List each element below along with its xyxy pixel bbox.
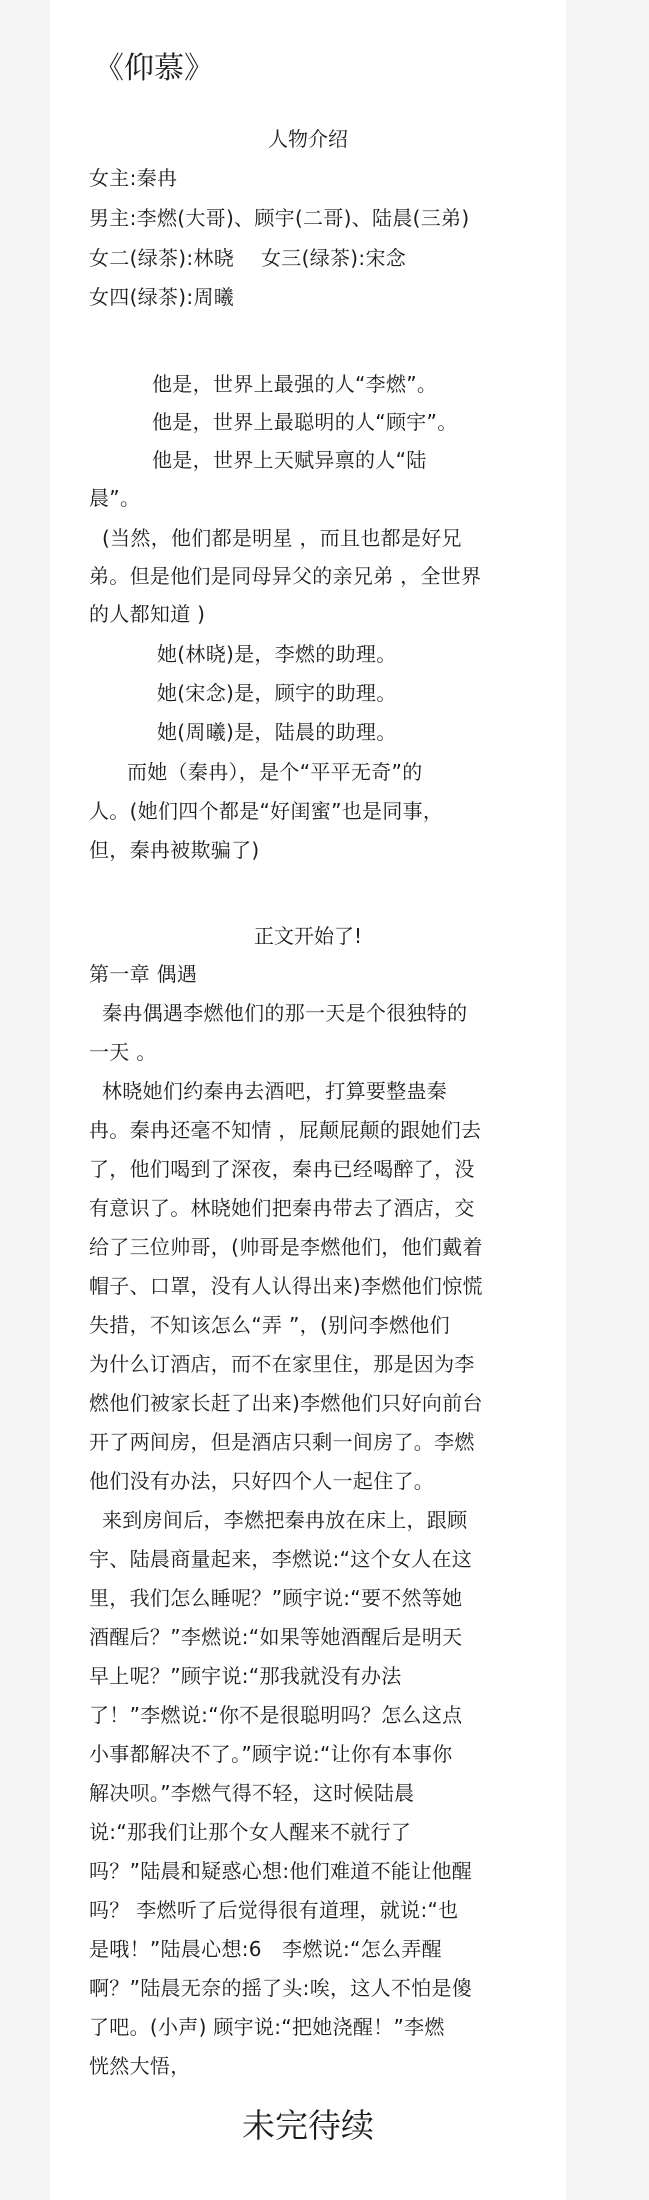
chapter-line: 燃他们被家长赶了出来)李燃他们只好向前台 (89, 1391, 483, 1415)
intro-line: 他是，世界上最聪明的人“顾宇”。 (152, 410, 458, 434)
intro-line: 他是，世界上最强的人“李燃”。 (152, 372, 437, 396)
to-be-continued: 未完待续 (50, 2106, 566, 2146)
chapter-line: 是哦！”陆晨心想:6 李燃说:“怎么弄醒 (89, 1937, 442, 1961)
chapter-line: 宇、陆晨商量起来，李燃说:“这个女人在这 (89, 1547, 472, 1571)
cast-line: 女四(绿茶):周曦 (89, 285, 234, 309)
intro-line: 她(周曦)是，陆晨的助理。 (157, 720, 397, 744)
intro-line: 人。(她们四个都是“好闺蜜”也是同事， (89, 799, 443, 823)
chapter-line: 恍然大悟， (89, 2054, 191, 2078)
intro-line: 但，秦冉被欺骗了) (89, 838, 260, 862)
chapter-line: 给了三位帅哥，(帅哥是李燃他们，他们戴着 (89, 1235, 483, 1259)
chapter-line: 一天 。 (89, 1040, 157, 1064)
document-page: 《仰慕》 人物介绍 女主:秦冉 男主:李燃(大哥)、顾宇(二哥)、陆晨(三弟) … (50, 0, 566, 2200)
chapter-line: 酒醒后？”李燃说:“如果等她酒醒后是明天 (89, 1625, 462, 1649)
chapter-line: 说:“那我们让那个女人醒来不就行了 (89, 1820, 411, 1844)
chapter-line: 林晓她们约秦冉去酒吧，打算要整蛊秦 (102, 1079, 447, 1103)
chapter-line: 为什么订酒店，而不在家里住，那是因为李 (89, 1352, 475, 1376)
chapter-line: 来到房间后，李燃把秦冉放在床上，跟顾 (102, 1508, 467, 1532)
chapter-line: 了，他们喝到了深夜，秦冉已经喝醉了，没 (89, 1157, 475, 1181)
chapter-line: 解决呗。”李燃气得不轻，这时候陆晨 (89, 1781, 414, 1805)
chapter-line: 吗？”陆晨和疑惑心想:他们难道不能让他醒 (89, 1859, 472, 1883)
chapter-line: 小事都解决不了。”顾宇说:“让你有本事你 (89, 1742, 452, 1766)
intro-line: 他是，世界上天赋异禀的人“陆 (152, 448, 427, 472)
chapter-line: 秦冉偶遇李燃他们的那一天是个很独特的 (102, 1001, 467, 1025)
chapter-line: 冉。秦冉还毫不知情 ，屁颠屁颠的跟她们去 (89, 1118, 481, 1142)
main-text-heading: 正文开始了! (50, 924, 566, 948)
intro-line: 晨”。 (89, 486, 140, 510)
intro-line: 她(林晓)是，李燃的助理。 (157, 642, 397, 666)
chapter-line: 开了两间房，但是酒店只剩一间房了。李燃 (89, 1430, 475, 1454)
intro-line: (当然，他们都是明星 ，而且也都是好兄 (102, 526, 462, 550)
cast-line: 女二(绿茶):林晓 女三(绿茶):宋念 (89, 246, 406, 270)
cast-line: 男主:李燃(大哥)、顾宇(二哥)、陆晨(三弟) (89, 206, 469, 230)
chapter-line: 早上呢？”顾宇说:“那我就没有办法 (89, 1664, 402, 1688)
chapter-line: 失措，不知该怎么“弄 ”，(别问李燃他们 (89, 1313, 450, 1337)
chapter-line: 啊？”陆晨无奈的摇了头:唉，这人不怕是傻 (89, 1976, 472, 2000)
cast-heading: 人物介绍 (50, 127, 566, 151)
chapter-line: 吗？ 李燃听了后觉得很有道理，就说:“也 (89, 1898, 458, 1922)
intro-line: 她(宋念)是，顾宇的助理。 (157, 681, 397, 705)
chapter-title: 第一章 偶遇 (89, 962, 197, 986)
intro-line: 的人都知道 ) (89, 602, 205, 626)
document-title: 《仰慕》 (94, 50, 214, 88)
chapter-line: 帽子、口罩，没有人认得出来)李燃他们惊慌 (89, 1274, 483, 1298)
chapter-line: 了吧。(小声) 顾宇说:“把她浇醒！”李燃 (89, 2015, 445, 2039)
intro-line: 弟。但是他们是同母异父的亲兄弟 ，全世界 (89, 564, 481, 588)
chapter-line: 里，我们怎么睡呢？”顾宇说:“要不然等她 (89, 1586, 462, 1610)
cast-line: 女主:秦冉 (89, 166, 177, 190)
chapter-line: 了！”李燃说:“你不是很聪明吗？怎么这点 (89, 1703, 462, 1727)
intro-line: 而她（秦冉），是个“平平无奇”的 (127, 760, 423, 784)
chapter-line: 有意识了。林晓她们把秦冉带去了酒店，交 (89, 1196, 475, 1220)
chapter-line: 他们没有办法，只好四个人一起住了。 (89, 1469, 434, 1493)
